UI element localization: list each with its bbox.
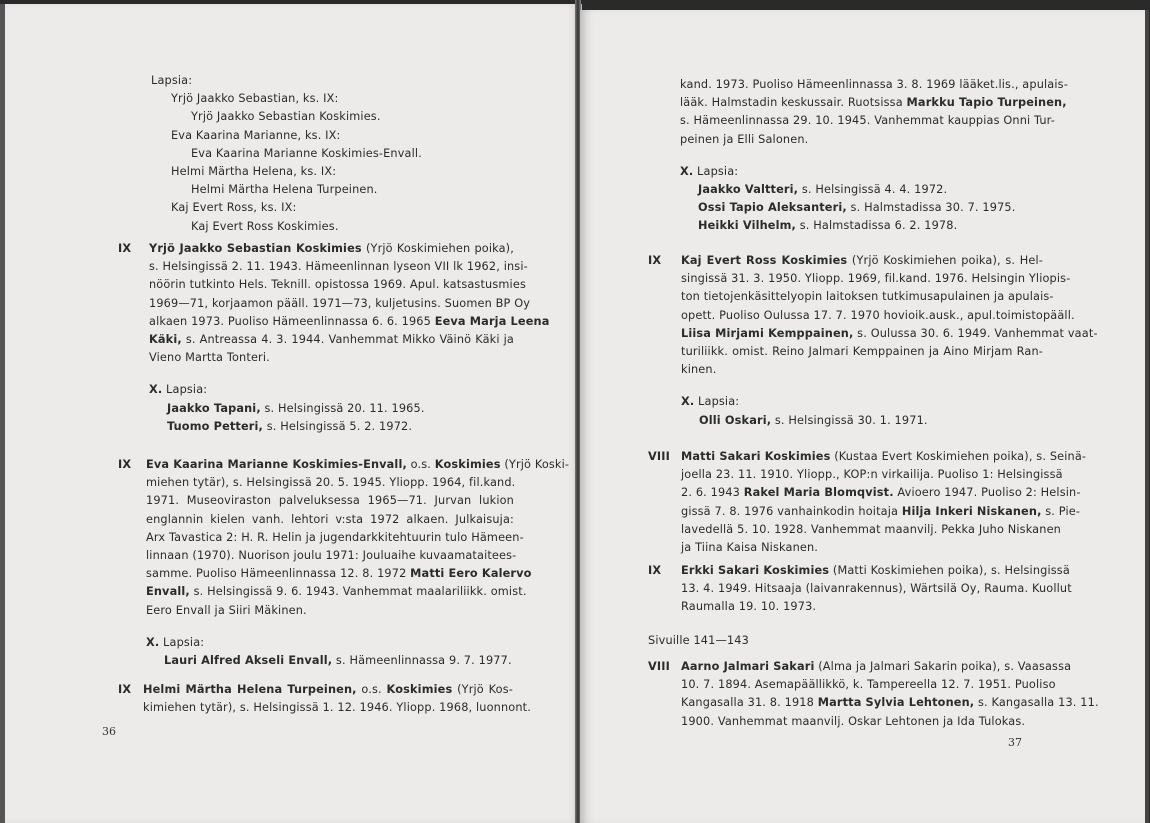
child-item: Tuomo Petteri, s. Helsingissä 5. 2. 1972… xyxy=(167,418,514,436)
genealogy-entry: IXEva Kaarina Marianne Koskimies-Envall,… xyxy=(146,456,514,670)
text-run: o.s. xyxy=(407,458,435,471)
text-line: kimiehen tytär), s. Helsingissä 1. 12. 1… xyxy=(143,699,513,717)
text-run: kand. 1973. Puoliso Hämeenlinnassa 3. 8.… xyxy=(680,78,1068,91)
person-name: Matti Sakari Koskimies xyxy=(681,450,831,463)
children-list: Lapsia: Yrjö Jaakko Sebastian, ks. IX:Yr… xyxy=(151,72,422,236)
entry-text: kand. 1973. Puoliso Hämeenlinnassa 3. 8.… xyxy=(680,76,1042,149)
generation-label: VIII xyxy=(648,658,670,676)
person-name: Lauri Alfred Akseli Envall, xyxy=(164,654,332,667)
text-line: s. Hämeenlinnassa 29. 10. 1945. Vanhemma… xyxy=(680,112,1042,130)
text-run: ton tietojenkäsittelyopin laitoksen tutk… xyxy=(681,290,1054,303)
text-run: lääk. Halmstadin keskussair. Ruotsissa xyxy=(680,96,907,109)
text-run: singissä 31. 3. 1950. Yliopp. 1969, fil.… xyxy=(681,272,1070,285)
text-run: 1969—71, korjaamon pääll. 1971—73, kulje… xyxy=(149,297,530,310)
text-run: ja Tiina Kaisa Niskanen. xyxy=(681,541,818,554)
page-number: 37 xyxy=(1008,736,1022,749)
text-run: s. Helsingissä 4. 4. 1972. xyxy=(798,183,947,196)
page-number: 36 xyxy=(102,725,116,738)
child-item: Heikki Vilhelm, s. Halmstadissa 6. 2. 19… xyxy=(698,217,1042,235)
text-line: 10. 7. 1894. Asemapäällikkö, k. Tamperee… xyxy=(681,676,1043,694)
text-line: ja Tiina Kaisa Niskanen. xyxy=(681,539,1043,557)
genealogy-entry: IXYrjö Jaakko Sebastian Koskimies (Yrjö … xyxy=(149,240,514,436)
text-line: kand. 1973. Puoliso Hämeenlinnassa 3. 8.… xyxy=(680,76,1042,94)
text-run: s. Helsingissä 9. 6. 1943. Vanhemmat maa… xyxy=(190,585,527,598)
text-line: Helmi Märtha Helena Turpeinen, o.s. Kosk… xyxy=(143,681,513,699)
right-page: kand. 1973. Puoliso Hämeenlinnassa 3. 8.… xyxy=(580,10,1149,823)
person-name: Envall, xyxy=(146,585,190,598)
person-name: Yrjö Jaakko Sebastian Koskimies xyxy=(149,242,362,255)
entry-text: Eva Kaarina Marianne Koskimies-Envall, o… xyxy=(146,456,514,620)
genealogy-entry: VIIIMatti Sakari Koskimies (Kustaa Evert… xyxy=(681,448,1043,557)
person-name: Koskimies xyxy=(387,683,453,696)
entry-text: Aarno Jalmari Sakari (Alma ja Jalmari Sa… xyxy=(681,658,1043,731)
entry-text: Yrjö Jaakko Sebastian Koskimies (Yrjö Ko… xyxy=(149,240,514,367)
genealogy-entry: IXKaj Evert Ross Koskimies (Yrjö Koskimi… xyxy=(681,252,1043,430)
children-section: X. Lapsia:Lauri Alfred Akseli Envall, s.… xyxy=(146,634,514,670)
text-run: Raumalla 19. 10. 1973. xyxy=(681,600,816,613)
text-line: gissä 7. 8. 1976 vanhainkodin hoitaja Hi… xyxy=(681,503,1043,521)
children-section: X. Lapsia:Jaakko Valtteri, s. Helsingiss… xyxy=(680,163,1042,236)
generation-label: IX xyxy=(648,562,661,580)
left-page: Lapsia: Yrjö Jaakko Sebastian, ks. IX:Yr… xyxy=(0,4,582,823)
text-line: Arx Tavastica 2: H. R. Helin ja jugendar… xyxy=(146,529,514,547)
text-run: peinen ja Elli Salonen. xyxy=(680,133,808,146)
text-run: s. Helsingissä 5. 2. 1972. xyxy=(263,420,412,433)
text-line: samme. Puoliso Hämeenlinnassa 12. 8. 197… xyxy=(146,565,514,583)
children-heading: X. Lapsia: xyxy=(149,381,514,399)
text-run: lavedellä 5. 10. 1928. Vanhemmat maanvil… xyxy=(681,523,1061,536)
text-run: (Yrjö Koski- xyxy=(501,458,570,471)
child-ref: Kaj Evert Ross, ks. IX: xyxy=(171,199,422,217)
text-run: samme. Puoliso Hämeenlinnassa 12. 8. 197… xyxy=(146,567,410,580)
text-run: s. Oulussa 30. 6. 1949. Vanhemmat vaat- xyxy=(853,327,1097,340)
person-name: Ossi Tapio Aleksanteri, xyxy=(698,201,847,214)
generation-mark: X. xyxy=(681,395,694,408)
text-line: joella 23. 11. 1910. Yliopp., KOP:n virk… xyxy=(681,466,1043,484)
text-run: s. Pie- xyxy=(1042,505,1081,518)
entry-text: Matti Sakari Koskimies (Kustaa Evert Kos… xyxy=(681,448,1043,557)
text-run: s. Antreassa 4. 3. 1944. Vanhemmat Mikko… xyxy=(182,333,514,346)
person-name: Eva Kaarina Marianne Koskimies-Envall, xyxy=(146,458,407,471)
person-name: Martta Sylvia Lehtonen, xyxy=(818,696,975,709)
generation-mark: X. xyxy=(149,383,162,396)
text-run: s. Hämeenlinnassa 29. 10. 1945. Vanhemma… xyxy=(680,114,1055,127)
text-run: kinen. xyxy=(681,363,716,376)
text-run: s. Helsingissä 20. 11. 1965. xyxy=(261,402,425,415)
text-line: ton tietojenkäsittelyopin laitoksen tutk… xyxy=(681,288,1043,306)
text-line: nöörin tutkinto Hels. Teknill. opistossa… xyxy=(149,276,514,294)
person-name: Liisa Mirjami Kemppainen, xyxy=(681,327,853,340)
text-run: turiliikk. omist. Reino Jalmari Kemppain… xyxy=(681,345,1043,358)
text-run: gissä 7. 8. 1976 vanhainkodin hoitaja xyxy=(681,505,902,518)
text-run: englannin kielen vanh. lehtori v:sta 197… xyxy=(146,513,514,526)
text-run: miehen tytär), s. Helsingissä 20. 5. 194… xyxy=(146,476,515,489)
child-ref-target: Helmi Märtha Helena Turpeinen. xyxy=(191,181,422,199)
generation-mark: X. xyxy=(146,636,159,649)
text-line: Kaj Evert Ross Koskimies (Yrjö Koskimieh… xyxy=(681,252,1043,270)
children-section: X. Lapsia:Jaakko Tapani, s. Helsingissä … xyxy=(149,381,514,436)
text-line: Kangasalla 31. 8. 1918 Martta Sylvia Leh… xyxy=(681,694,1043,712)
child-ref: Eva Kaarina Marianne, ks. IX: xyxy=(171,127,422,145)
children-heading: X. Lapsia: xyxy=(681,393,1043,411)
text-run: s. Helsingissä 2. 11. 1943. Hämeenlinnan… xyxy=(149,260,528,273)
text-run: (Yrjö Kos- xyxy=(452,683,513,696)
person-name: Koskimies xyxy=(435,458,501,471)
text-line: peinen ja Elli Salonen. xyxy=(680,131,1042,149)
person-name: Helmi Märtha Helena Turpeinen, xyxy=(143,683,357,696)
child-ref-target: Eva Kaarina Marianne Koskimies-Envall. xyxy=(191,145,422,163)
text-line: Aarno Jalmari Sakari (Alma ja Jalmari Sa… xyxy=(681,658,1043,676)
text-run: Avioero 1947. Puoliso 2: Helsin- xyxy=(894,486,1081,499)
entry-text: Kaj Evert Ross Koskimies (Yrjö Koskimieh… xyxy=(681,252,1043,379)
text-line: 1900. Vanhemmat maanvilj. Oskar Lehtonen… xyxy=(681,713,1043,731)
person-name: Olli Oskari, xyxy=(699,414,771,427)
child-ref-target: Kaj Evert Ross Koskimies. xyxy=(191,218,422,236)
text-run: 2. 6. 1943 xyxy=(681,486,744,499)
text-run: Arx Tavastica 2: H. R. Helin ja jugendar… xyxy=(146,531,524,544)
text-line: miehen tytär), s. Helsingissä 20. 5. 194… xyxy=(146,474,514,492)
text-run: s. Kangasalla 13. 11. xyxy=(974,696,1098,709)
text-line: Käki, s. Antreassa 4. 3. 1944. Vanhemmat… xyxy=(149,331,514,349)
person-name: Eeva Marja Leena xyxy=(435,315,550,328)
children-section: X. Lapsia:Olli Oskari, s. Helsingissä 30… xyxy=(681,393,1043,429)
generation-label: IX xyxy=(118,456,131,474)
text-line: 1971. Museoviraston palveluksessa 1965—7… xyxy=(146,492,514,510)
child-item: Lauri Alfred Akseli Envall, s. Hämeenlin… xyxy=(164,652,514,670)
text-line: Vieno Martta Tonteri. xyxy=(149,349,514,367)
person-name: Heikki Vilhelm, xyxy=(698,219,796,232)
person-name: Rakel Maria Blomqvist. xyxy=(744,486,894,499)
text-run: (Yrjö Koskimiehen poika), xyxy=(362,242,514,255)
text-line: englannin kielen vanh. lehtori v:sta 197… xyxy=(146,511,514,529)
generation-label: IX xyxy=(648,252,661,270)
text-run: (Yrjö Koskimiehen poika), s. Hel- xyxy=(847,254,1043,267)
person-name: Hilja Inkeri Niskanen, xyxy=(902,505,1042,518)
text-run: 10. 7. 1894. Asemapäällikkö, k. Tamperee… xyxy=(681,678,1056,691)
child-item: Olli Oskari, s. Helsingissä 30. 1. 1971. xyxy=(699,412,1043,430)
section-note: Sivuille 141—143 xyxy=(648,632,749,650)
text-line: lääk. Halmstadin keskussair. Ruotsissa M… xyxy=(680,94,1042,112)
text-run: 1971. Museoviraston palveluksessa 1965—7… xyxy=(146,494,514,507)
text-run: s. Halmstadissa 6. 2. 1978. xyxy=(796,219,957,232)
text-run: opett. Puoliso Oulussa 17. 7. 1970 hovio… xyxy=(681,309,1075,322)
text-run: o.s. xyxy=(357,683,387,696)
person-name: Jaakko Tapani, xyxy=(167,402,261,415)
text-line: 13. 4. 1949. Hitsaaja (laivanrakennus), … xyxy=(681,580,1043,598)
text-run: 1900. Vanhemmat maanvilj. Oskar Lehtonen… xyxy=(681,715,1025,728)
text-run: linnaan (1970). Nuorison joulu 1971: Jou… xyxy=(146,549,516,562)
child-ref: Yrjö Jaakko Sebastian, ks. IX: xyxy=(171,90,422,108)
genealogy-entry: kand. 1973. Puoliso Hämeenlinnassa 3. 8.… xyxy=(680,76,1042,236)
text-run: Eero Envall ja Siiri Mäkinen. xyxy=(146,604,307,617)
text-line: singissä 31. 3. 1950. Yliopp. 1969, fil.… xyxy=(681,270,1043,288)
person-name: Jaakko Valtteri, xyxy=(698,183,798,196)
genealogy-entry: IXErkki Sakari Koskimies (Matti Koskimie… xyxy=(681,562,1043,617)
text-run: s. Hämeenlinnassa 9. 7. 1977. xyxy=(332,654,512,667)
text-line: Raumalla 19. 10. 1973. xyxy=(681,598,1043,616)
text-run: nöörin tutkinto Hels. Teknill. opistossa… xyxy=(149,278,526,291)
text-line: Matti Sakari Koskimies (Kustaa Evert Kos… xyxy=(681,448,1043,466)
generation-label: VIII xyxy=(648,448,670,466)
children-label: Lapsia: xyxy=(159,636,204,649)
person-name: Käki, xyxy=(149,333,182,346)
text-line: Yrjö Jaakko Sebastian Koskimies (Yrjö Ko… xyxy=(149,240,514,258)
text-line: alkaen 1973. Puoliso Hämeenlinnassa 6. 6… xyxy=(149,313,514,331)
genealogy-entry: VIIIAarno Jalmari Sakari (Alma ja Jalmar… xyxy=(681,658,1043,731)
text-line: Eero Envall ja Siiri Mäkinen. xyxy=(146,602,514,620)
genealogy-entry: IXHelmi Märtha Helena Turpeinen, o.s. Ko… xyxy=(143,681,513,717)
text-run: 13. 4. 1949. Hitsaaja (laivanrakennus), … xyxy=(681,582,1072,595)
text-line: 1969—71, korjaamon pääll. 1971—73, kulje… xyxy=(149,295,514,313)
text-line: linnaan (1970). Nuorison joulu 1971: Jou… xyxy=(146,547,514,565)
person-name: Erkki Sakari Koskimies xyxy=(681,564,829,577)
text-line: Liisa Mirjami Kemppainen, s. Oulussa 30.… xyxy=(681,325,1043,343)
entry-text: Helmi Märtha Helena Turpeinen, o.s. Kosk… xyxy=(143,681,513,717)
text-line: Erkki Sakari Koskimies (Matti Koskimiehe… xyxy=(681,562,1043,580)
children-heading: X. Lapsia: xyxy=(146,634,514,652)
text-run: (Matti Koskimiehen poika), s. Helsingiss… xyxy=(829,564,1070,577)
text-line: opett. Puoliso Oulussa 17. 7. 1970 hovio… xyxy=(681,307,1043,325)
text-run: alkaen 1973. Puoliso Hämeenlinnassa 6. 6… xyxy=(149,315,435,328)
children-label: Lapsia: xyxy=(693,165,738,178)
text-line: Envall, s. Helsingissä 9. 6. 1943. Vanhe… xyxy=(146,583,514,601)
generation-label: IX xyxy=(118,240,131,258)
child-item: Jaakko Valtteri, s. Helsingissä 4. 4. 19… xyxy=(698,181,1042,199)
text-line: Eva Kaarina Marianne Koskimies-Envall, o… xyxy=(146,456,514,474)
text-run: (Kustaa Evert Koskimiehen poika), s. Sei… xyxy=(831,450,1087,463)
text-line: kinen. xyxy=(681,361,1043,379)
generation-label: IX xyxy=(118,681,131,699)
text-line: 2. 6. 1943 Rakel Maria Blomqvist. Avioer… xyxy=(681,484,1043,502)
text-run: (Alma ja Jalmari Sakarin poika), s. Vaas… xyxy=(814,660,1071,673)
child-ref-target: Yrjö Jaakko Sebastian Koskimies. xyxy=(191,108,422,126)
text-line: lavedellä 5. 10. 1928. Vanhemmat maanvil… xyxy=(681,521,1043,539)
text-line: turiliikk. omist. Reino Jalmari Kemppain… xyxy=(681,343,1043,361)
person-name: Kaj Evert Ross Koskimies xyxy=(681,254,847,267)
child-item: Jaakko Tapani, s. Helsingissä 20. 11. 19… xyxy=(167,400,514,418)
person-name: Markku Tapio Turpeinen, xyxy=(907,96,1067,109)
person-name: Aarno Jalmari Sakari xyxy=(681,660,814,673)
child-ref: Helmi Märtha Helena, ks. IX: xyxy=(171,163,422,181)
text-run: joella 23. 11. 1910. Yliopp., KOP:n virk… xyxy=(681,468,1063,481)
child-item: Ossi Tapio Aleksanteri, s. Halmstadissa … xyxy=(698,199,1042,217)
text-run: Vieno Martta Tonteri. xyxy=(149,351,270,364)
entry-text: Erkki Sakari Koskimies (Matti Koskimiehe… xyxy=(681,562,1043,617)
person-name: Matti Eero Kalervo xyxy=(410,567,531,580)
children-heading: X. Lapsia: xyxy=(680,163,1042,181)
generation-mark: X. xyxy=(680,165,693,178)
text-line: s. Helsingissä 2. 11. 1943. Hämeenlinnan… xyxy=(149,258,514,276)
children-label: Lapsia: xyxy=(162,383,207,396)
text-run: Kangasalla 31. 8. 1918 xyxy=(681,696,818,709)
children-list-heading: Lapsia: xyxy=(151,72,422,90)
person-name: Tuomo Petteri, xyxy=(167,420,263,433)
text-run: s. Helsingissä 30. 1. 1971. xyxy=(771,414,928,427)
text-run: kimiehen tytär), s. Helsingissä 1. 12. 1… xyxy=(143,701,531,714)
children-label: Lapsia: xyxy=(694,395,739,408)
text-run: s. Halmstadissa 30. 7. 1975. xyxy=(847,201,1016,214)
